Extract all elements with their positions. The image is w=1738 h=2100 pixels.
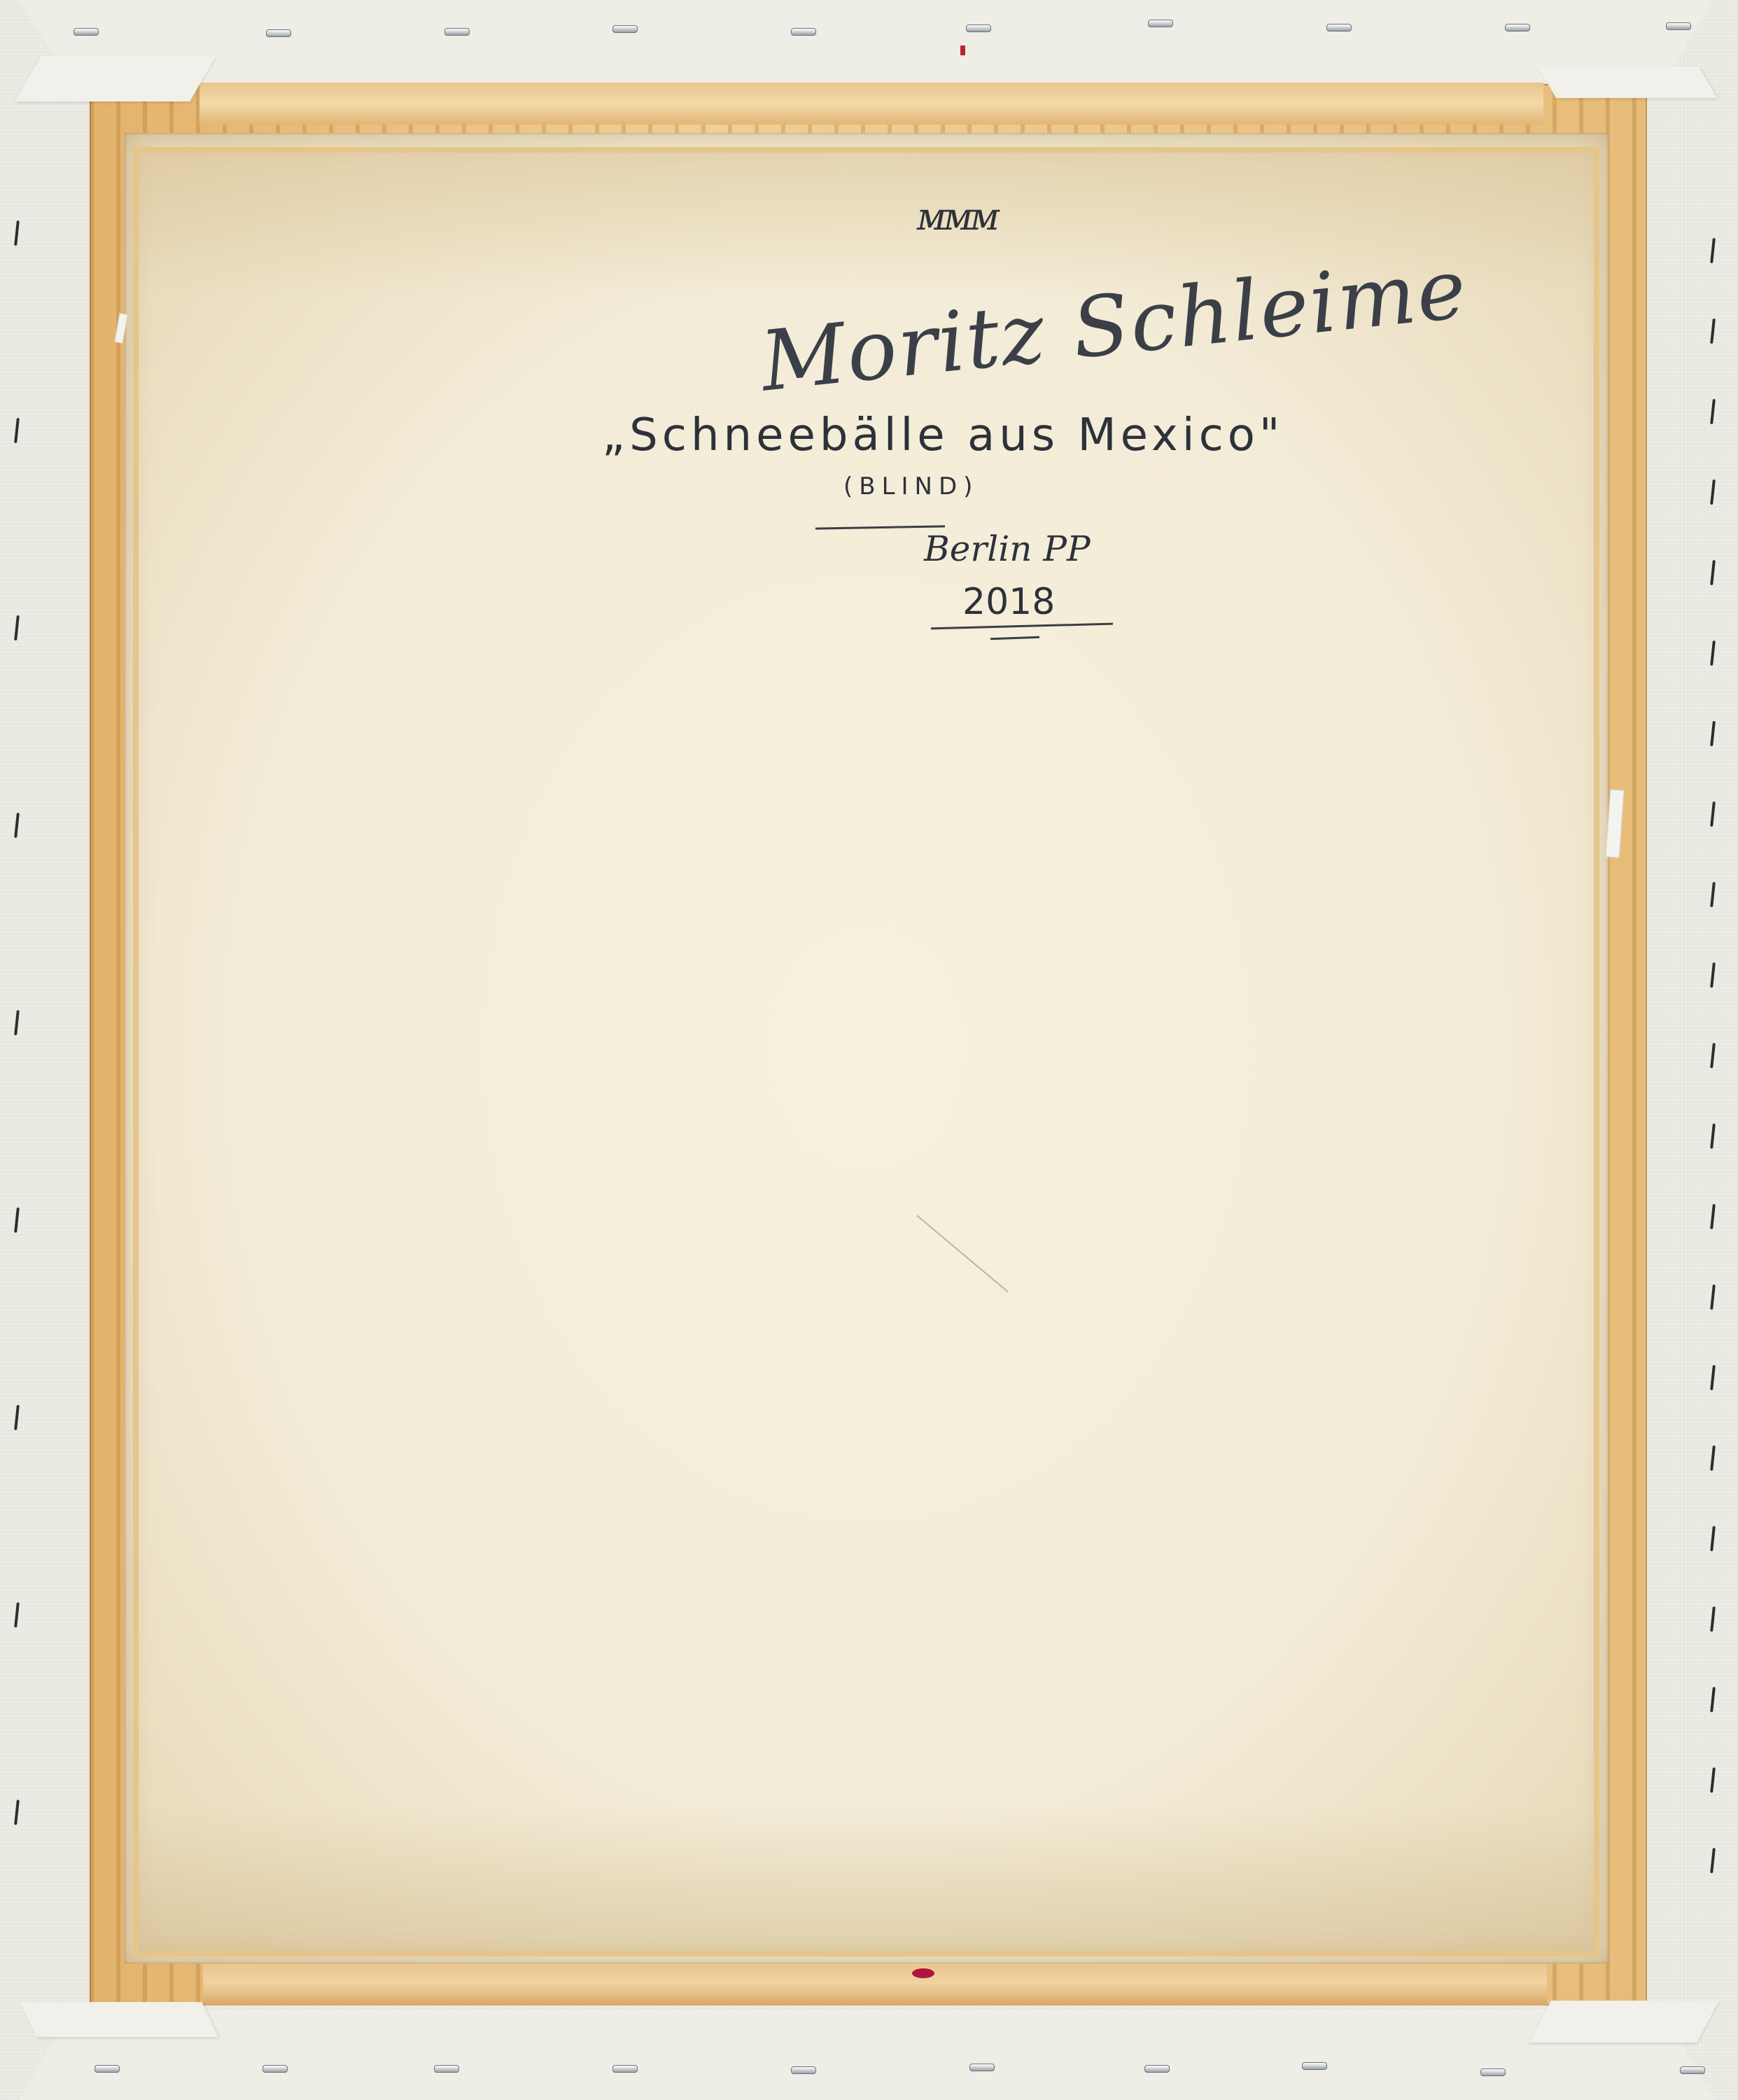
stretcher-top-bar [199, 83, 1543, 125]
corner-flap-bottom-right [1529, 2001, 1719, 2043]
top-canvas-fold [20, 0, 1714, 83]
staple [73, 28, 99, 36]
staple [262, 2065, 288, 2073]
staple [791, 2066, 816, 2074]
staple [1666, 22, 1691, 30]
inscription-place: Berlin PP [924, 528, 1091, 569]
staple [1680, 2066, 1705, 2074]
staple [1144, 2065, 1170, 2073]
staple [1480, 2068, 1506, 2076]
staple [612, 25, 638, 33]
artwork-subtitle: (BLIND) [843, 472, 979, 500]
staple [612, 2065, 638, 2073]
staple [1505, 24, 1530, 31]
stretcher-bottom-bar [203, 1960, 1547, 2005]
staple [791, 28, 816, 36]
bottom-canvas-fold [20, 2009, 1714, 2100]
staple [1302, 2062, 1327, 2070]
staple [266, 29, 291, 37]
staple [966, 24, 991, 32]
staple [1148, 20, 1173, 27]
canvas-back-linen [125, 133, 1609, 1963]
red-paint-mark [960, 45, 965, 55]
corner-flap-top-right [1538, 66, 1717, 98]
staple [444, 28, 470, 36]
corner-flap-bottom-left [20, 2002, 218, 2037]
corner-flap-top-left [15, 56, 216, 101]
staple [969, 2064, 995, 2071]
staple [1326, 24, 1352, 31]
artwork-title: „Schneebälle aus Mexico" [602, 409, 1284, 461]
red-paint-spot [912, 1968, 934, 1978]
inscription-year: 2018 [962, 581, 1055, 623]
staple [94, 2065, 120, 2073]
crown-mark: ᴍᴍᴍ [917, 195, 997, 239]
staple [434, 2065, 459, 2073]
